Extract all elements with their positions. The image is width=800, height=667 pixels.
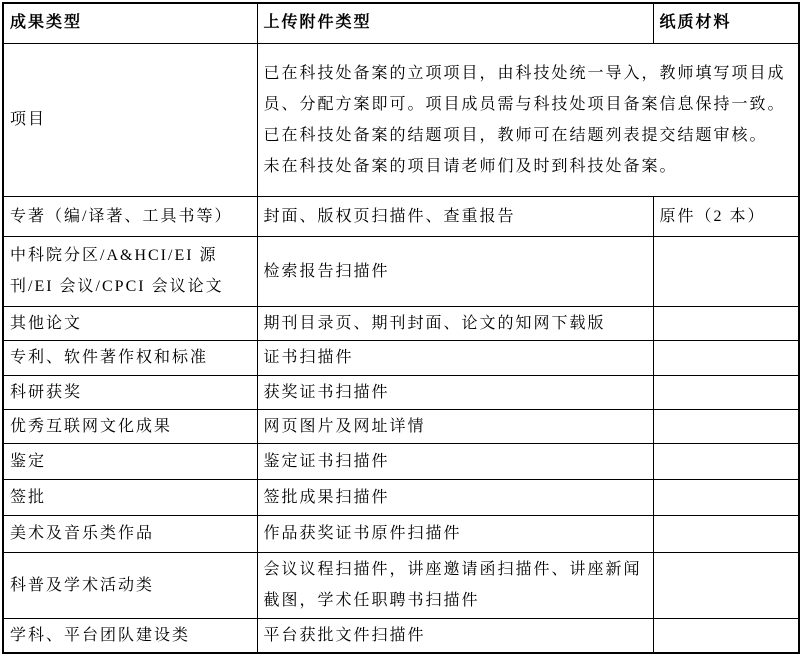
header-paper-material: 纸质材料	[653, 3, 799, 43]
attachment-type-cell: 平台获批文件扫描件	[257, 618, 653, 653]
achievement-type-cell: 项目	[3, 43, 257, 196]
attachment-type-cell: 获奖证书扫描件	[257, 375, 653, 409]
attachment-type-cell: 期刊目录页、期刊封面、论文的知网下载版	[257, 306, 653, 340]
header-achievement-type: 成果类型	[3, 3, 257, 43]
table-row: 科普及学术活动类 会议议程扫描件，讲座邀请函扫描件、讲座新闻截图，学术任职聘书扫…	[3, 552, 799, 618]
table-row: 鉴定 鉴定证书扫描件	[3, 443, 799, 479]
paper-material-cell	[653, 306, 799, 340]
attachment-type-cell: 封面、版权页扫描件、查重报告	[257, 196, 653, 236]
attachment-type-cell: 鉴定证书扫描件	[257, 443, 653, 479]
table-row: 科研获奖 获奖证书扫描件	[3, 375, 799, 409]
document-page: 成果类型 上传附件类型 纸质材料 项目 已在科技处备案的立项项目，由科技处统一导…	[0, 0, 800, 667]
paper-material-cell	[653, 340, 799, 375]
paper-material-cell	[653, 236, 799, 306]
achievement-type-cell: 科普及学术活动类	[3, 552, 257, 618]
achievement-type-cell: 其他论文	[3, 306, 257, 340]
paper-material-cell: 原件（2 本）	[653, 196, 799, 236]
table-row: 优秀互联网文化成果 网页图片及网址详情	[3, 409, 799, 443]
table-row: 签批 签批成果扫描件	[3, 479, 799, 515]
table-row: 专著（编/译著、工具书等） 封面、版权页扫描件、查重报告 原件（2 本）	[3, 196, 799, 236]
header-row: 成果类型 上传附件类型 纸质材料	[3, 3, 799, 43]
paper-material-cell	[653, 515, 799, 552]
table-row: 美术及音乐类作品 作品获奖证书原件扫描件	[3, 515, 799, 552]
paper-material-cell	[653, 443, 799, 479]
header-attachment-type: 上传附件类型	[257, 3, 653, 43]
achievements-attachments-table: 成果类型 上传附件类型 纸质材料 项目 已在科技处备案的立项项目，由科技处统一导…	[2, 2, 800, 654]
paper-material-cell	[653, 618, 799, 653]
achievement-type-cell: 签批	[3, 479, 257, 515]
table-row: 专利、软件著作权和标准 证书扫描件	[3, 340, 799, 375]
achievement-type-cell: 专著（编/译著、工具书等）	[3, 196, 257, 236]
achievement-type-cell: 美术及音乐类作品	[3, 515, 257, 552]
achievement-type-cell: 学科、平台团队建设类	[3, 618, 257, 653]
table-row: 其他论文 期刊目录页、期刊封面、论文的知网下载版	[3, 306, 799, 340]
attachment-type-cell: 已在科技处备案的立项项目，由科技处统一导入，教师填写项目成员、分配方案即可。项目…	[257, 43, 799, 196]
achievement-type-cell: 中科院分区/A&HCI/EI 源刊/EI 会议/CPCI 会议论文	[3, 236, 257, 306]
achievement-type-cell: 优秀互联网文化成果	[3, 409, 257, 443]
attachment-type-cell: 作品获奖证书原件扫描件	[257, 515, 653, 552]
attachment-type-cell: 签批成果扫描件	[257, 479, 653, 515]
paper-material-cell	[653, 479, 799, 515]
paper-material-cell	[653, 552, 799, 618]
attachment-type-cell: 会议议程扫描件，讲座邀请函扫描件、讲座新闻截图，学术任职聘书扫描件	[257, 552, 653, 618]
paper-material-cell	[653, 409, 799, 443]
achievement-type-cell: 鉴定	[3, 443, 257, 479]
table-row: 中科院分区/A&HCI/EI 源刊/EI 会议/CPCI 会议论文 检索报告扫描…	[3, 236, 799, 306]
attachment-type-cell: 网页图片及网址详情	[257, 409, 653, 443]
attachment-type-cell: 证书扫描件	[257, 340, 653, 375]
achievement-type-cell: 科研获奖	[3, 375, 257, 409]
table-row: 学科、平台团队建设类 平台获批文件扫描件	[3, 618, 799, 653]
paper-material-cell	[653, 375, 799, 409]
attachment-type-cell: 检索报告扫描件	[257, 236, 653, 306]
achievement-type-cell: 专利、软件著作权和标准	[3, 340, 257, 375]
table-row: 项目 已在科技处备案的立项项目，由科技处统一导入，教师填写项目成员、分配方案即可…	[3, 43, 799, 196]
